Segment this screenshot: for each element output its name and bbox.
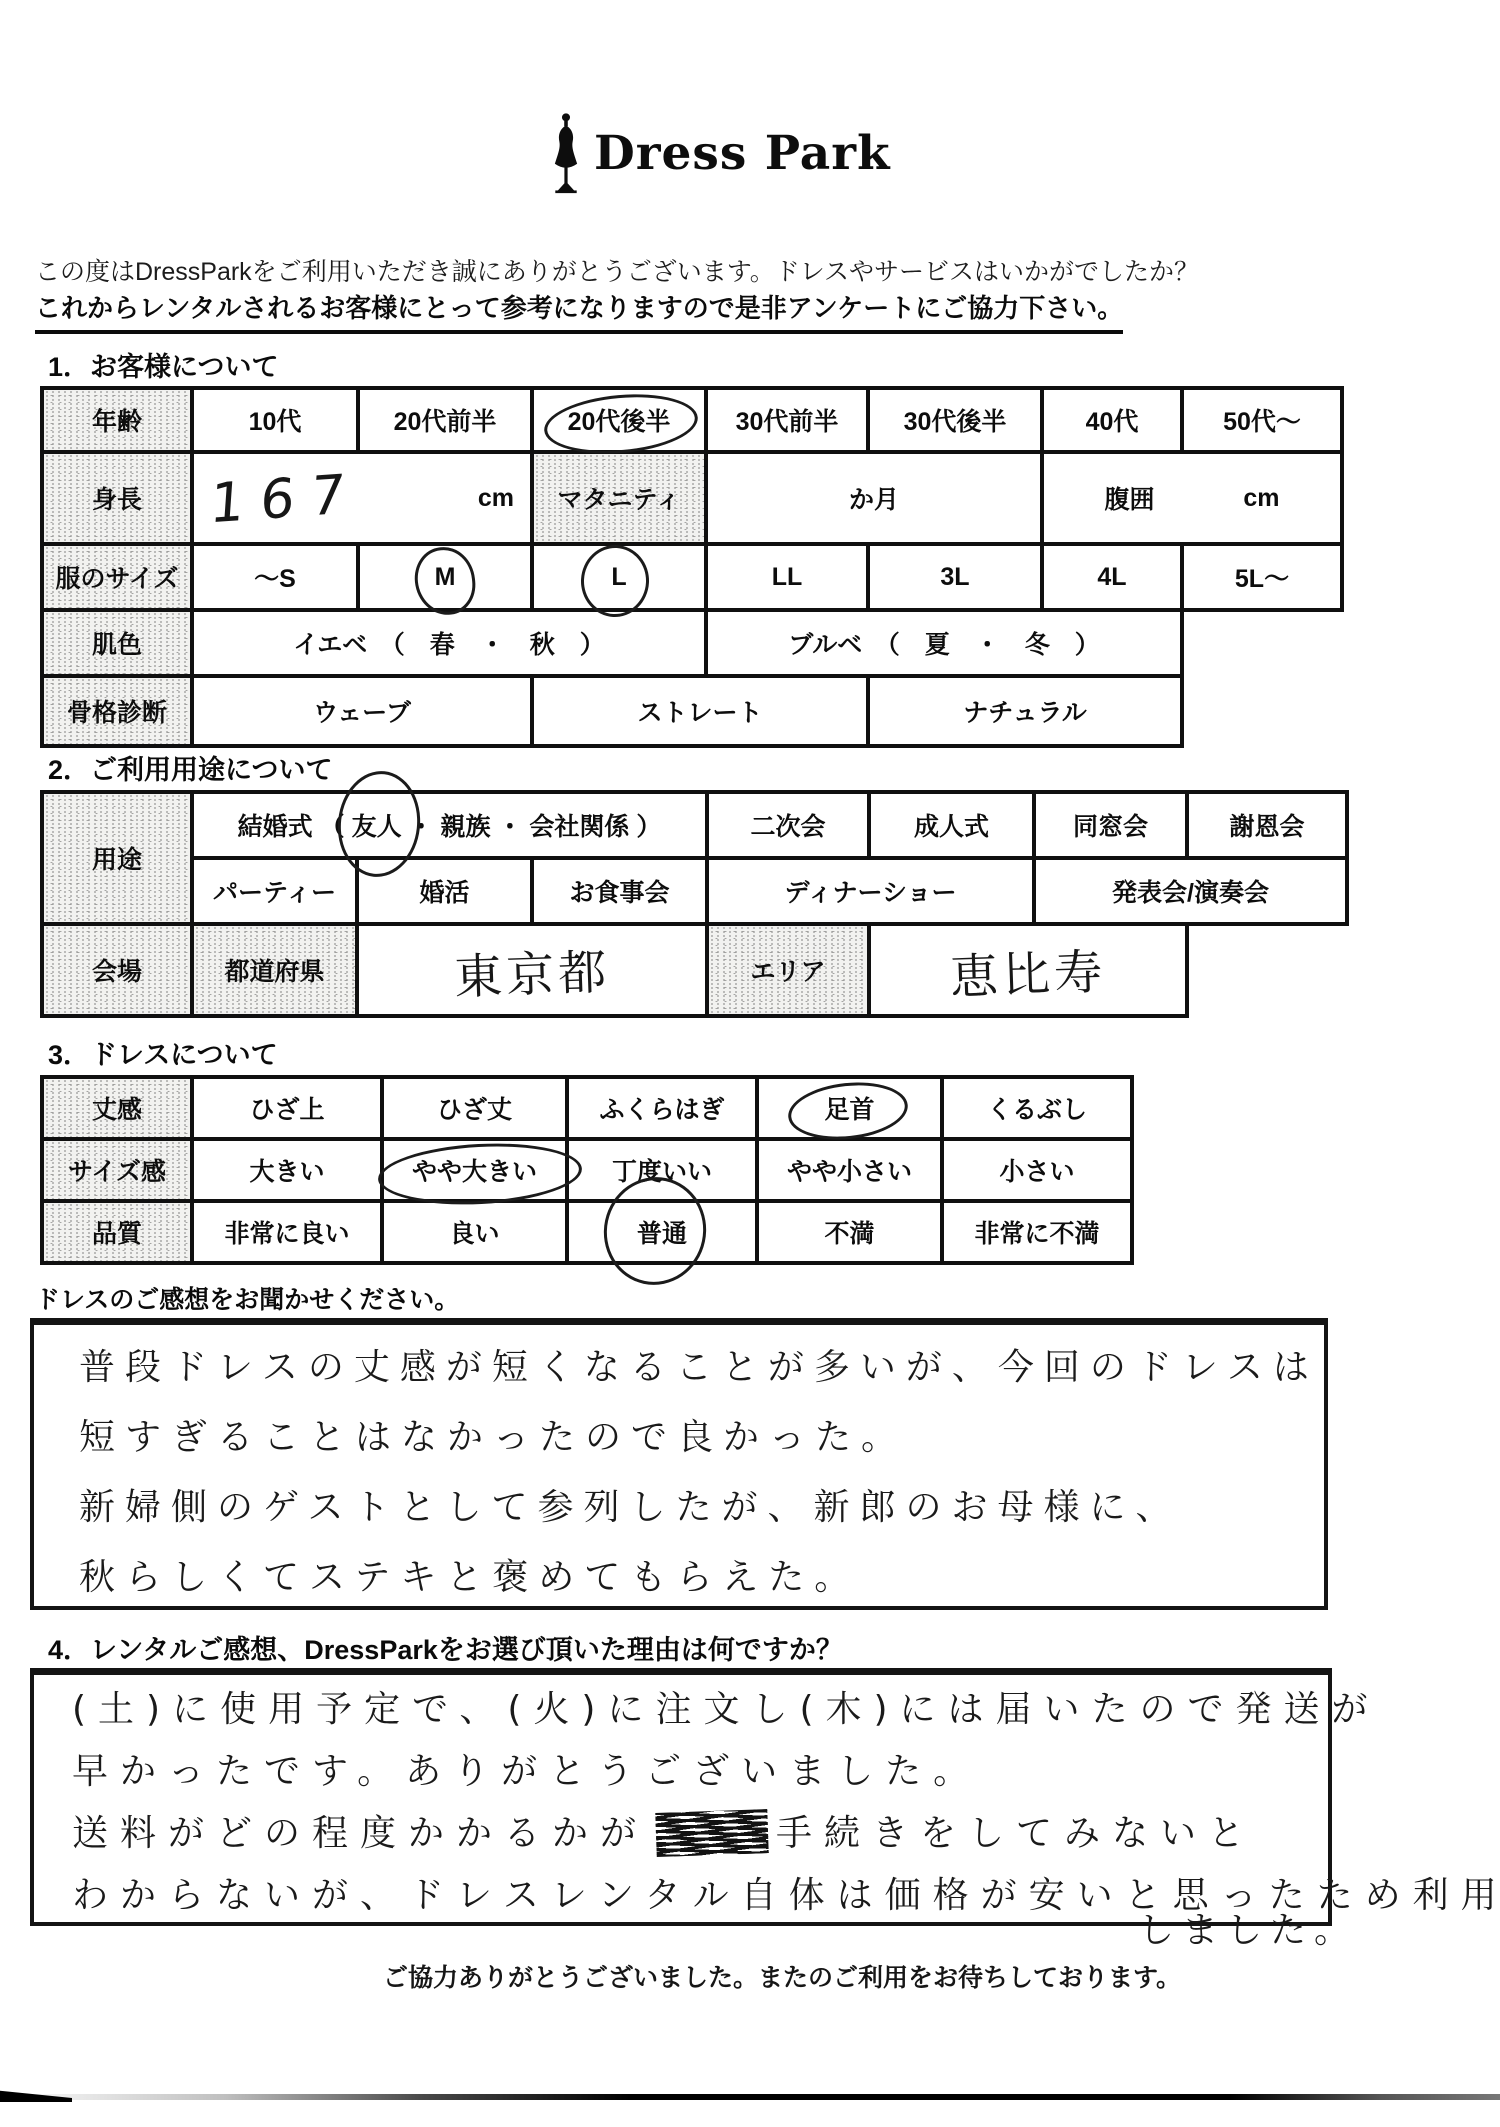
handwritten-line: 早かったです。ありがとうございました。: [72, 1741, 1328, 1803]
usage-option-cell: お食事会: [532, 858, 707, 924]
section3-heading: 3．ドレスについて: [48, 1033, 278, 1072]
length-option-cell: ひざ上: [192, 1077, 382, 1139]
height-row: 身長 167 cm マタニティ か月 腹囲 cm: [42, 452, 1342, 544]
length-option-cell: ふくらはぎ: [567, 1077, 757, 1139]
skin-label-cell: 肌色: [42, 610, 192, 676]
age-option-cell: 40代: [1042, 388, 1182, 452]
handwritten-line: 短すぎることはなかったので良かった。: [79, 1403, 1324, 1473]
age-option-cell: 30代前半: [706, 388, 868, 452]
size-option-cell: ～S: [192, 544, 358, 610]
handwritten-segment: 手続きをしてみないと: [776, 1813, 1256, 1854]
handwritten-line-overflow: しました。: [1138, 1902, 1358, 1953]
handwritten-line: 秋らしくてステキと褒めてもらえた。: [79, 1543, 1324, 1613]
months-cell: か月: [706, 452, 1042, 544]
size-option-cell: 3L: [868, 544, 1042, 610]
usage-option-cell: 婚活: [357, 858, 532, 924]
dress-table: 丈感 ひざ上 ひざ丈 ふくらはぎ 足首 くるぶし サイズ感 大きい やや大きい …: [40, 1075, 1134, 1265]
handwritten-line: (土)に使用予定で、(火)に注文し(木)には届いたので発送が: [72, 1679, 1328, 1741]
height-unit: cm: [478, 484, 514, 513]
intro-line-1: この度はDressParkをご利用いただき誠にありがとうございます。ドレスやサー…: [35, 252, 1199, 288]
frame-option-cell: ストレート: [532, 676, 868, 746]
quality-row: 品質 非常に良い 良い 普通 不満 非常に不満: [42, 1201, 1132, 1263]
quality-option-cell: 非常に良い: [192, 1201, 382, 1263]
purpose-label-cell: 用途: [42, 792, 192, 924]
wedding-suffix: ・ 親族 ・ 会社関係 ）: [409, 813, 662, 841]
handwritten-line: 新婦側のゲストとして参列したが、新郎のお母様に、: [79, 1473, 1324, 1543]
quality-label-cell: 品質: [42, 1201, 192, 1263]
waist-label: 腹囲: [1104, 480, 1154, 516]
length-option-cell: 足首: [757, 1077, 942, 1139]
size-label-cell: 服のサイズ: [42, 544, 192, 610]
wedding-cell: 結婚式 （ 友人 ・ 親族 ・ 会社関係 ）: [192, 792, 707, 858]
sizefeel-option-label: やや大きい: [412, 1158, 537, 1186]
area-label-cell: エリア: [707, 924, 869, 1016]
prefecture-label-cell: 都道府県: [192, 924, 357, 1016]
waist-unit: cm: [1243, 484, 1279, 513]
dress-feedback-label: ドレスのご感想をお聞かせください。: [35, 1280, 459, 1316]
footer-thanks-text: ご協力ありがとうございました。またのご利用をお待ちしております。: [383, 1958, 1181, 1994]
usage-table: 用途 結婚式 （ 友人 ・ 親族 ・ 会社関係 ） 二次会 成人式 同窓会 謝恩…: [40, 790, 1349, 1018]
handwritten-segment: 送料がどの程度かかるかが: [72, 1813, 648, 1854]
quality-option-cell: 不満: [757, 1201, 942, 1263]
height-value-cell: 167 cm: [192, 452, 532, 544]
age-option-cell: 20代後半: [532, 388, 706, 452]
usage-row-2: パーティー 婚活 お食事会 ディナーショー 発表会/演奏会: [42, 858, 1347, 924]
scribble-redaction: [655, 1809, 768, 1857]
venue-label-cell: 会場: [42, 924, 192, 1016]
survey-page: Dress Park この度はDressParkをご利用いただき誠にありがとうご…: [0, 0, 1500, 2127]
section4-heading: 4．レンタルご感想、DressParkをお選び頂いた理由は何ですか？: [48, 1628, 843, 1667]
length-option-cell: くるぶし: [942, 1077, 1132, 1139]
height-label-cell: 身長: [42, 452, 192, 544]
quality-option-label: 普通: [637, 1220, 687, 1248]
age-option-cell: 30代後半: [868, 388, 1042, 452]
brand-logo: Dress Park: [548, 112, 891, 194]
venue-row: 会場 都道府県 東京都 エリア 恵比寿: [42, 924, 1347, 1016]
section2-heading: 2．ご利用用途について: [48, 748, 332, 787]
size-option-cell: 4L: [1042, 544, 1182, 610]
wedding-circled-option: 友人: [352, 807, 402, 843]
usage-option-cell: 成人式: [869, 792, 1034, 858]
usage-option-cell: 同窓会: [1034, 792, 1187, 858]
empty-cell: [1187, 924, 1347, 1016]
empty-cell: [1182, 676, 1342, 746]
sizefeel-option-cell: 丁度いい: [567, 1139, 757, 1201]
intro-line-2: これからレンタルされるお客様にとって参考になりますので是非アンケートにご協力下さ…: [35, 288, 1123, 334]
frame-option-cell: ナチュラル: [868, 676, 1182, 746]
usage-option-cell: 発表会/演奏会: [1034, 858, 1347, 924]
frame-row: 骨格診断 ウェーブ ストレート ナチュラル: [42, 676, 1342, 746]
frame-option-cell: ウェーブ: [192, 676, 532, 746]
area-value-cell: 恵比寿: [869, 924, 1187, 1016]
usage-row-1: 用途 結婚式 （ 友人 ・ 親族 ・ 会社関係 ） 二次会 成人式 同窓会 謝恩…: [42, 792, 1347, 858]
sizefeel-option-cell: 大きい: [192, 1139, 382, 1201]
age-option-cell: 10代: [192, 388, 358, 452]
rental-feedback-box: (土)に使用予定で、(火)に注文し(木)には届いたので発送が 早かったです。あり…: [30, 1668, 1332, 1926]
sizefeel-row: サイズ感 大きい やや大きい 丁度いい やや小さい 小さい: [42, 1139, 1132, 1201]
length-label-cell: 丈感: [42, 1077, 192, 1139]
age-option-cell: 50代～: [1182, 388, 1342, 452]
dress-feedback-box: 普段ドレスの丈感が短くなることが多いが、今回のドレスは 短すぎることはなかったの…: [30, 1318, 1328, 1610]
usage-option-cell: 二次会: [707, 792, 869, 858]
prefecture-value-cell: 東京都: [357, 924, 707, 1016]
quality-option-cell: 良い: [382, 1201, 567, 1263]
handwritten-line: 送料がどの程度かかるかが手続きをしてみないと: [72, 1803, 1328, 1865]
size-option-cell: M: [358, 544, 532, 610]
frame-label-cell: 骨格診断: [42, 676, 192, 746]
sizefeel-option-cell: やや小さい: [757, 1139, 942, 1201]
size-option-cell: LL: [706, 544, 868, 610]
customer-table: 年齢 10代 20代前半 20代後半 30代前半 30代後半 40代 50代～ …: [40, 386, 1344, 748]
size-option-cell: 5L～: [1182, 544, 1342, 610]
scan-artifact-line: [0, 2094, 1500, 2100]
wedding-prefix: 結婚式 （: [238, 813, 345, 841]
handwritten-line: 普段ドレスの丈感が短くなることが多いが、今回のドレスは: [79, 1333, 1324, 1403]
age-option-label: 20代後半: [568, 408, 671, 436]
brand-name: Dress Park: [594, 126, 891, 181]
length-row: 丈感 ひざ上 ひざ丈 ふくらはぎ 足首 くるぶし: [42, 1077, 1132, 1139]
height-handwritten-value: 167: [208, 461, 363, 535]
skin-blue-cell: ブルベ （ 夏 ・ 冬 ）: [706, 610, 1182, 676]
quality-option-cell: 普通: [567, 1201, 757, 1263]
sizefeel-option-cell: やや大きい: [382, 1139, 567, 1201]
usage-option-cell: 謝恩会: [1187, 792, 1347, 858]
area-handwritten-value: 恵比寿: [949, 933, 1107, 1007]
section1-heading: 1．お客様について: [48, 345, 278, 384]
prefecture-handwritten-value: 東京都: [453, 933, 611, 1007]
wedding-circled-label: 友人: [352, 813, 402, 841]
age-row: 年齢 10代 20代前半 20代後半 30代前半 30代後半 40代 50代～: [42, 388, 1342, 452]
dress-form-icon: [548, 112, 584, 194]
empty-cell: [1182, 610, 1342, 676]
size-row: 服のサイズ ～S M L LL 3L 4L 5L～: [42, 544, 1342, 610]
usage-option-cell: ディナーショー: [707, 858, 1034, 924]
size-option-label: M: [435, 563, 456, 591]
length-option-label: 足首: [824, 1096, 874, 1124]
skin-row: 肌色 イエベ （ 春 ・ 秋 ） ブルベ （ 夏 ・ 冬 ）: [42, 610, 1342, 676]
quality-option-cell: 非常に不満: [942, 1201, 1132, 1263]
waist-cell: 腹囲 cm: [1042, 452, 1342, 544]
length-option-cell: ひざ丈: [382, 1077, 567, 1139]
sizefeel-option-cell: 小さい: [942, 1139, 1132, 1201]
skin-yellow-cell: イエベ （ 春 ・ 秋 ）: [192, 610, 706, 676]
usage-option-cell: パーティー: [192, 858, 357, 924]
size-option-label: L: [611, 563, 626, 591]
age-label-cell: 年齢: [42, 388, 192, 452]
sizefeel-label-cell: サイズ感: [42, 1139, 192, 1201]
age-option-cell: 20代前半: [358, 388, 532, 452]
maternity-label-cell: マタニティ: [532, 452, 706, 544]
size-option-cell: L: [532, 544, 706, 610]
